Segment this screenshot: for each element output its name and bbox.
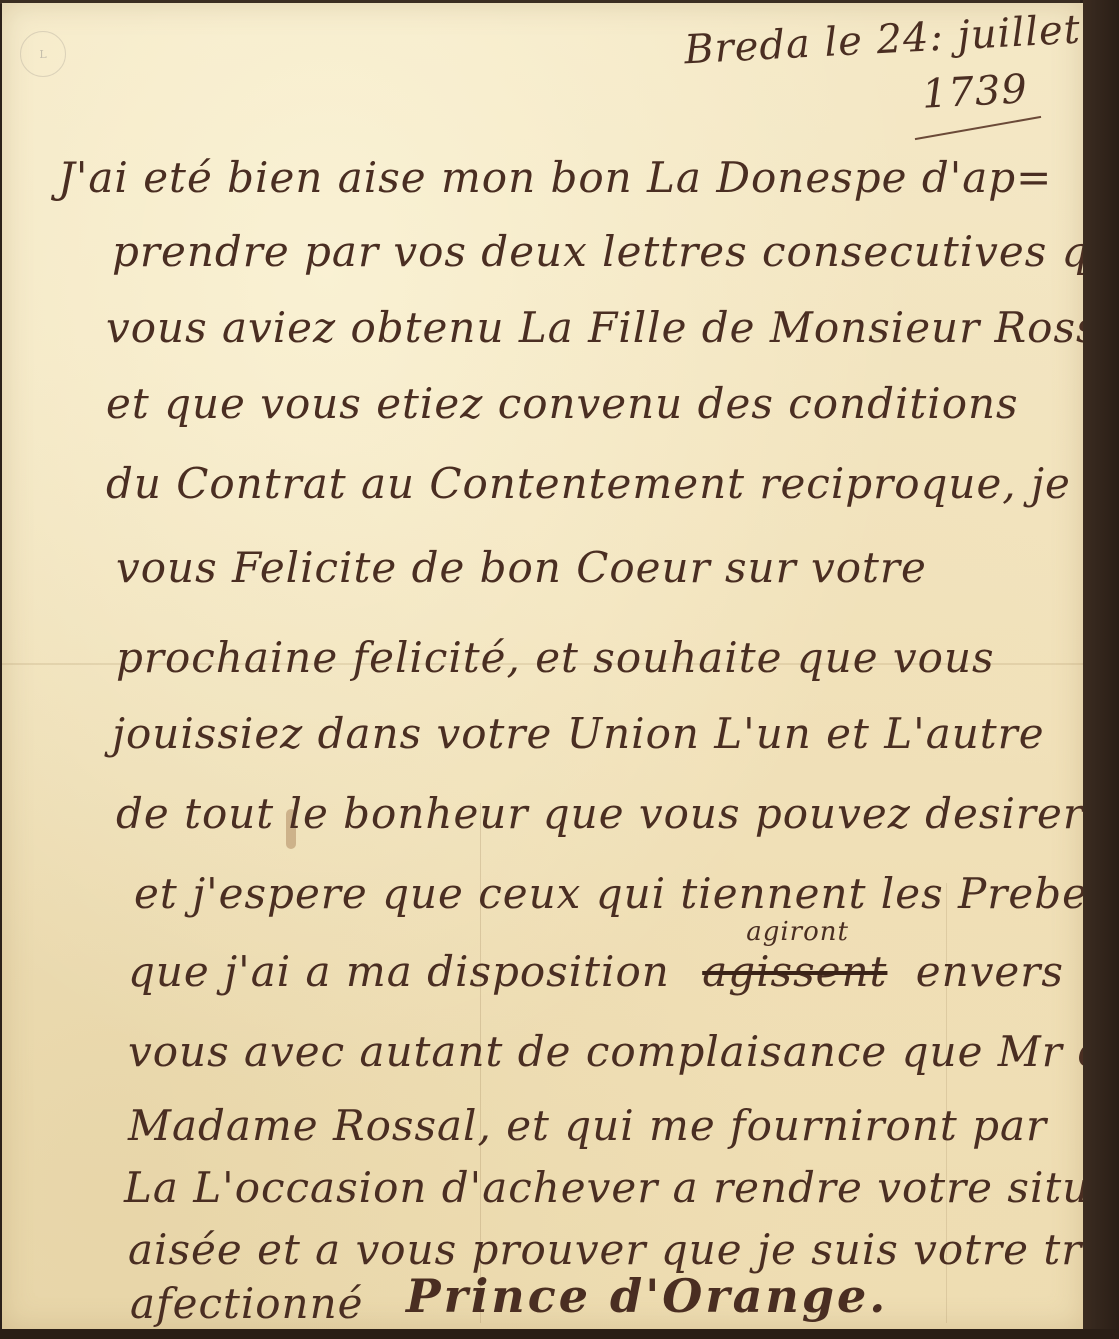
letter-line: Madame Rossal, et qui me fourniront par <box>128 1101 1047 1150</box>
scan-frame: L Breda le 24: juillet 1739 J'ai eté bie… <box>0 0 1119 1339</box>
correction-group: agiront agissent <box>702 947 887 996</box>
letter-year: 1739 <box>921 66 1029 117</box>
scan-right-edge <box>1083 0 1119 1339</box>
letter-line: J'ai eté bien aise mon bon La Donespe d'… <box>58 153 1052 202</box>
letter-line: de tout le bonheur que vous pouvez desir… <box>116 789 1084 838</box>
closing-word: afectionné <box>130 1279 364 1328</box>
letter-line: aisée et a vous prouver que je suis votr… <box>128 1225 1119 1274</box>
inserted-word: agiront <box>746 917 849 947</box>
year-underline <box>915 116 1041 140</box>
letter-paper: L Breda le 24: juillet 1739 J'ai eté bie… <box>2 3 1084 1330</box>
letter-line: et que vous etiez convenu des conditions <box>106 379 1019 428</box>
letter-line-with-correction: que j'ai a ma disposition agiront agisse… <box>128 947 1064 996</box>
letter-line: vous aviez obtenu La Fille de Monsieur R… <box>106 303 1119 352</box>
signature: Prince d'Orange. <box>406 1269 888 1323</box>
line-text: envers <box>916 947 1064 996</box>
letter-line: prochaine felicité, et souhaite que vous <box>116 633 995 682</box>
letter-line: vous avec autant de complaisance que Mr … <box>128 1027 1119 1076</box>
struck-word: agissent <box>702 947 887 996</box>
letter-line: jouissiez dans votre Union L'un et L'aut… <box>112 709 1045 758</box>
line-text: que j'ai a ma disposition <box>128 947 670 996</box>
letter-line: La L'occasion d'achever a rendre votre s… <box>124 1163 1119 1212</box>
letter-place-date: Breda le 24: juillet <box>683 7 1082 74</box>
archive-stamp-label: L <box>39 48 46 61</box>
letter-line: prendre par vos deux lettres consecutive… <box>112 227 1119 276</box>
letter-line: vous Felicite de bon Coeur sur votre <box>116 543 927 592</box>
scan-bottom-edge <box>0 1329 1119 1339</box>
archive-stamp-icon: L <box>20 31 66 77</box>
letter-line: du Contrat au Contentement reciproque, j… <box>106 459 1071 508</box>
letter-line: et j'espere que ceux qui tiennent les Pr… <box>134 869 1119 918</box>
